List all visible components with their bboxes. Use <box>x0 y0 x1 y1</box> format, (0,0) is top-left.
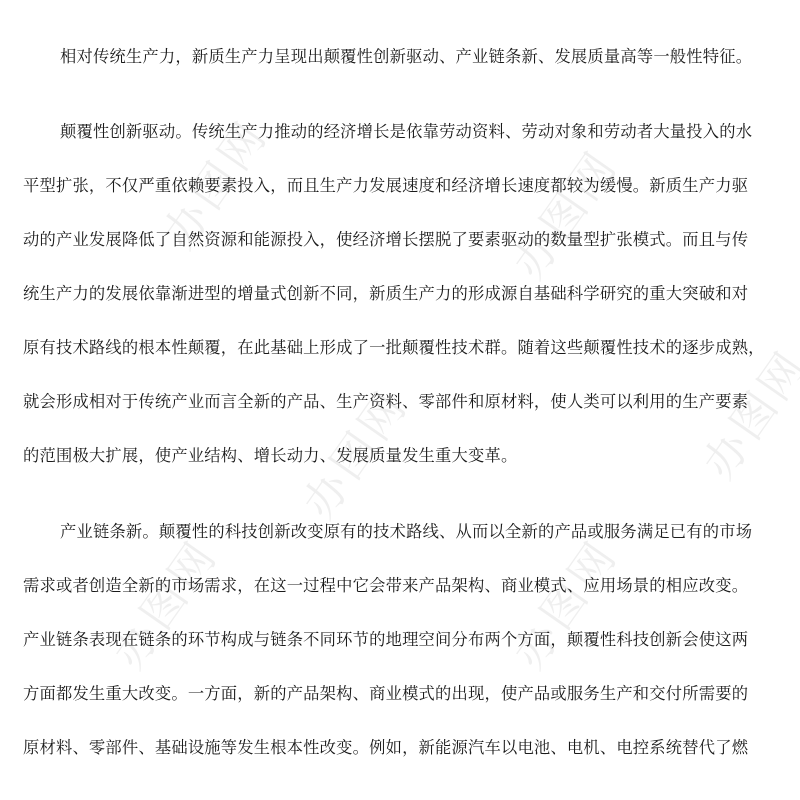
text-line: 需求或者创造全新的市场需求，在这一过程中它会带来产品架构、商业模式、应用场景的相… <box>23 576 783 596</box>
text-line: 方面都发生重大改变。一方面，新的产品架构、商业模式的出现，使产品或服务生产和交付… <box>23 684 783 704</box>
watermark: 办图网 <box>494 525 629 680</box>
text-line: 原材料、零部件、基础设施等发生根本性改变。例如，新能源汽车以电池、电机、电控系统… <box>23 738 783 758</box>
text-line: 原有技术路线的根本性颠覆，在此基础上形成了一批颠覆性技术群。随着这些颠覆性技术的… <box>23 338 783 358</box>
watermark: 办图网 <box>94 525 229 680</box>
text-line: 就会形成相对于传统产业而言全新的产品、生产资料、零部件和原材料，使人类可以利用的… <box>23 392 783 412</box>
text-line: 的范围极大扩展，使产业结构、增长动力、发展质量发生重大变革。 <box>23 446 783 466</box>
text-line: 平型扩张，不仅严重依赖要素投入，而且生产力发展速度和经济增长速度都较为缓慢。新质… <box>23 176 783 196</box>
text-line: 动的产业发展降低了自然资源和能源投入，使经济增长摆脱了要素驱动的数量型扩张模式。… <box>23 230 783 250</box>
text-line: 产业链条新。颠覆性的科技创新改变原有的技术路线、从而以全新的产品或服务满足已有的… <box>60 522 800 542</box>
watermark: 办图网 <box>494 135 629 290</box>
document-page: 办图网 办图网 办图网 办图网 办图网 办图网 相对传统生产力，新质生产力呈现出… <box>0 0 800 800</box>
text-line: 产业链条表现在链条的环节构成与链条不同环节的地理空间分布两个方面，颠覆性科技创新… <box>23 630 783 650</box>
text-line: 颠覆性创新驱动。传统生产力推动的经济增长是依靠劳动资料、劳动对象和劳动者大量投入… <box>60 122 800 142</box>
text-line: 统生产力的发展依靠渐进型的增量式创新不同，新质生产力的形成源自基础科学研究的重大… <box>23 284 783 304</box>
text-line: 相对传统生产力，新质生产力呈现出颠覆性创新驱动、产业链条新、发展质量高等一般性特… <box>60 47 800 67</box>
